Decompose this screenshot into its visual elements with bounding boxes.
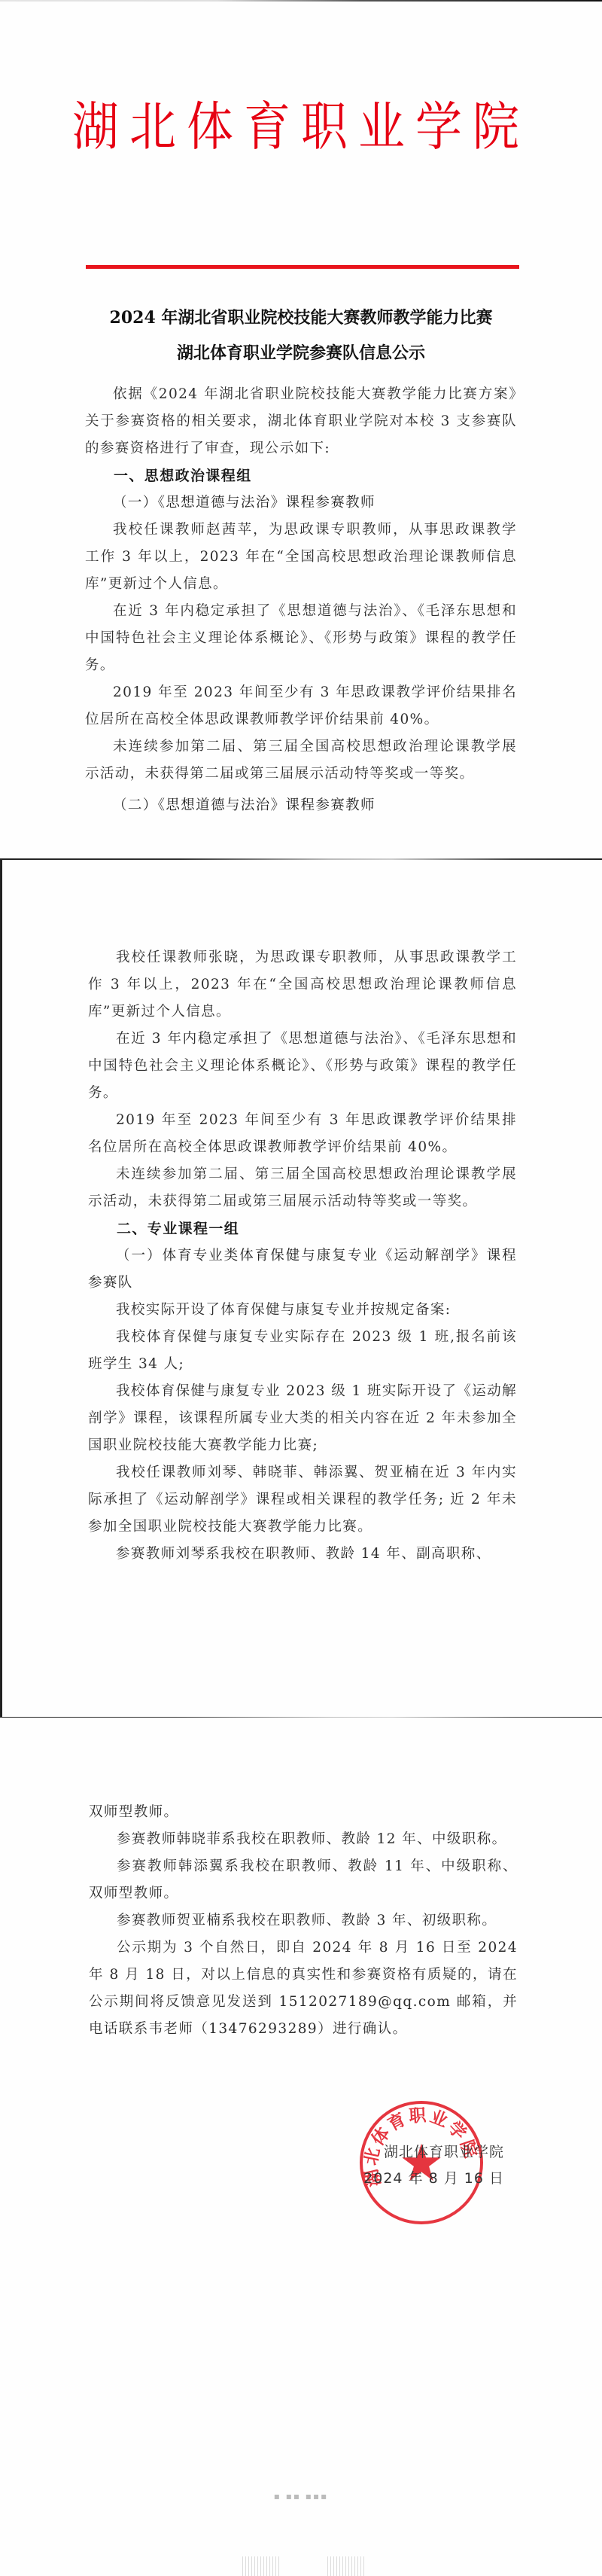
document-page-3: 双师型教师。 参赛教师韩晓菲系我校在职教师、教龄 12 年、中级职称。 参赛教师… xyxy=(0,1718,602,2576)
body-paragraph: 2019 年至 2023 年间至少有 3 年思政课教学评价结果排名位居所在高校全… xyxy=(85,679,517,733)
scan-bleed-marks xyxy=(242,2556,280,2576)
body-paragraph: 参赛教师韩晓菲系我校在职教师、教龄 12 年、中级职称。 xyxy=(89,1826,518,1853)
body-paragraph: 未连续参加第二届、第三届全国高校思想政治理论课教学展示活动，未获得第二届或第三届… xyxy=(88,1161,517,1215)
body-paragraph: 参赛教师贺亚楠系我校在职教师、教龄 3 年、初级职称。 xyxy=(89,1907,518,1934)
section-1-sub-1-heading: （一）《思想道德与法治》课程参赛教师 xyxy=(85,489,517,517)
page-2-body: 我校任课教师张晓，为思政课专职教师，从事思政课教学工作 3 年以上，2023 年… xyxy=(88,944,517,1568)
document-page-1: 湖北体育职业学院 2024 年湖北省职业院校技能大赛教师教学能力比赛 湖北体育职… xyxy=(0,0,602,859)
body-paragraph: 参赛教师刘琴系我校在职教师、教龄 14 年、副高职称、 xyxy=(88,1541,517,1568)
section-1-sub-2-heading: （二）《思想道德与法治》课程参赛教师 xyxy=(85,792,517,819)
document-title-line-2: 湖北体育职业学院参赛队信息公示 xyxy=(0,340,602,364)
body-paragraph: 我校任课教师刘琴、韩晓菲、韩添翼、贺亚楠在近 3 年内实际承担了《运动解剖学》课… xyxy=(88,1459,517,1541)
body-paragraph: 在近 3 年内稳定承担了《思想道德与法治》、《毛泽东思想和中国特色社会主义理论体… xyxy=(85,598,517,679)
page-3-body: 双师型教师。 参赛教师韩晓菲系我校在职教师、教龄 12 年、中级职称。 参赛教师… xyxy=(89,1799,518,2043)
continuation-text: 双师型教师。 xyxy=(89,1799,518,1826)
body-paragraph: 我校任课教师张晓，为思政课专职教师，从事思政课教学工作 3 年以上，2023 年… xyxy=(88,944,517,1026)
page-1-body: 依据《2024 年湖北省职业院校技能大赛教学能力比赛方案》关于参赛资格的相关要求… xyxy=(85,381,517,819)
body-paragraph: 我校任课教师赵茜苹，为思政课专职教师，从事思政课教学工作 3 年以上，2023 … xyxy=(85,517,517,598)
official-seal: 湖北体育职业学院 xyxy=(360,2101,483,2224)
letterhead-org-name: 湖北体育职业学院 xyxy=(0,85,602,160)
section-2-heading: 二、专业课程一组 xyxy=(88,1215,517,1242)
intro-paragraph: 依据《2024 年湖北省职业院校技能大赛教学能力比赛方案》关于参赛资格的相关要求… xyxy=(85,381,517,462)
notice-period-paragraph: 公示期为 3 个自然日，即自 2024 年 8 月 16 日至 2024 年 8… xyxy=(89,1934,518,2043)
body-paragraph: 2019 年至 2023 年间至少有 3 年思政课教学评价结果排名位居所在高校全… xyxy=(88,1107,517,1161)
signature-date: 2024 年 8 月 16 日 xyxy=(354,2167,504,2187)
body-paragraph: 我校实际开设了体育保健与康复专业并按规定备案: xyxy=(88,1297,517,1324)
scan-bleed-marks: ▪ ▪▪ ▪▪▪ xyxy=(267,2491,335,2501)
document-page-2: 我校任课教师张晓，为思政课专职教师，从事思政课教学工作 3 年以上，2023 年… xyxy=(0,860,602,1717)
letterhead-red-rule xyxy=(86,265,519,269)
body-paragraph: 在近 3 年内稳定承担了《思想道德与法治》、《毛泽东思想和中国特色社会主义理论体… xyxy=(88,1026,517,1107)
scan-bleed-marks xyxy=(327,2556,365,2576)
scan-edge xyxy=(0,0,602,2)
body-paragraph: 我校体育保健与康复专业实际存在 2023 级 1 班,报名前该班学生 34 人; xyxy=(88,1324,517,1378)
document-title-line-1: 2024 年湖北省职业院校技能大赛教师教学能力比赛 xyxy=(0,305,602,328)
signature-organization: 湖北体育职业学院 xyxy=(354,2141,504,2161)
section-2-sub-1-heading: （一）体育专业类体育保健与康复专业《运动解剖学》课程参赛队 xyxy=(88,1242,517,1297)
body-paragraph: 参赛教师韩添翼系我校在职教师、教龄 11 年、中级职称、双师型教师。 xyxy=(89,1853,518,1907)
body-paragraph: 我校体育保健与康复专业 2023 级 1 班实际开设了《运动解剖学》课程，该课程… xyxy=(88,1378,517,1459)
body-paragraph: 未连续参加第二届、第三届全国高校思想政治理论课教学展示活动，未获得第二届或第三届… xyxy=(85,733,517,788)
section-1-heading: 一、思想政治课程组 xyxy=(85,462,517,489)
